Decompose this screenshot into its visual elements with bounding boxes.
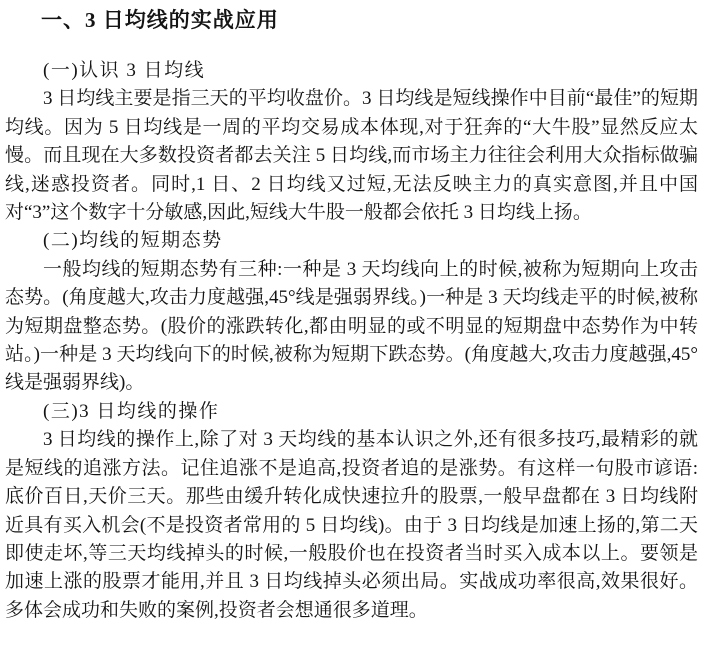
section-3day-ma-operation: (三)3 日均线的操作 3 日均线的操作上,除了对 3 天均线的基本认识之外,还… — [5, 398, 698, 625]
section-1-heading: (一)认识 3 日均线 — [5, 57, 698, 85]
section-short-term-postures: (二)均线的短期态势 一般均线的短期态势有三种:一种是 3 天均线向上的时候,被… — [5, 227, 698, 397]
section-1-paragraph: 3 日均线主要是指三天的平均收盘价。3 日均线是短线操作中目前“最佳”的短期均线… — [5, 85, 698, 227]
section-2-paragraph: 一般均线的短期态势有三种:一种是 3 天均线向上的时候,被称为短期向上攻击态势。… — [5, 256, 698, 398]
page-title: 一、3 日均线的实战应用 — [5, 7, 698, 33]
section-2-heading: (二)均线的短期态势 — [5, 227, 698, 255]
section-3-heading: (三)3 日均线的操作 — [5, 398, 698, 426]
section-recognize-3day-ma: (一)认识 3 日均线 3 日均线主要是指三天的平均收盘价。3 日均线是短线操作… — [5, 57, 698, 227]
document-page: 一、3 日均线的实战应用 (一)认识 3 日均线 3 日均线主要是指三天的平均收… — [0, 0, 703, 664]
section-3-paragraph: 3 日均线的操作上,除了对 3 天均线的基本认识之外,还有很多技巧,最精彩的就是… — [5, 426, 698, 625]
